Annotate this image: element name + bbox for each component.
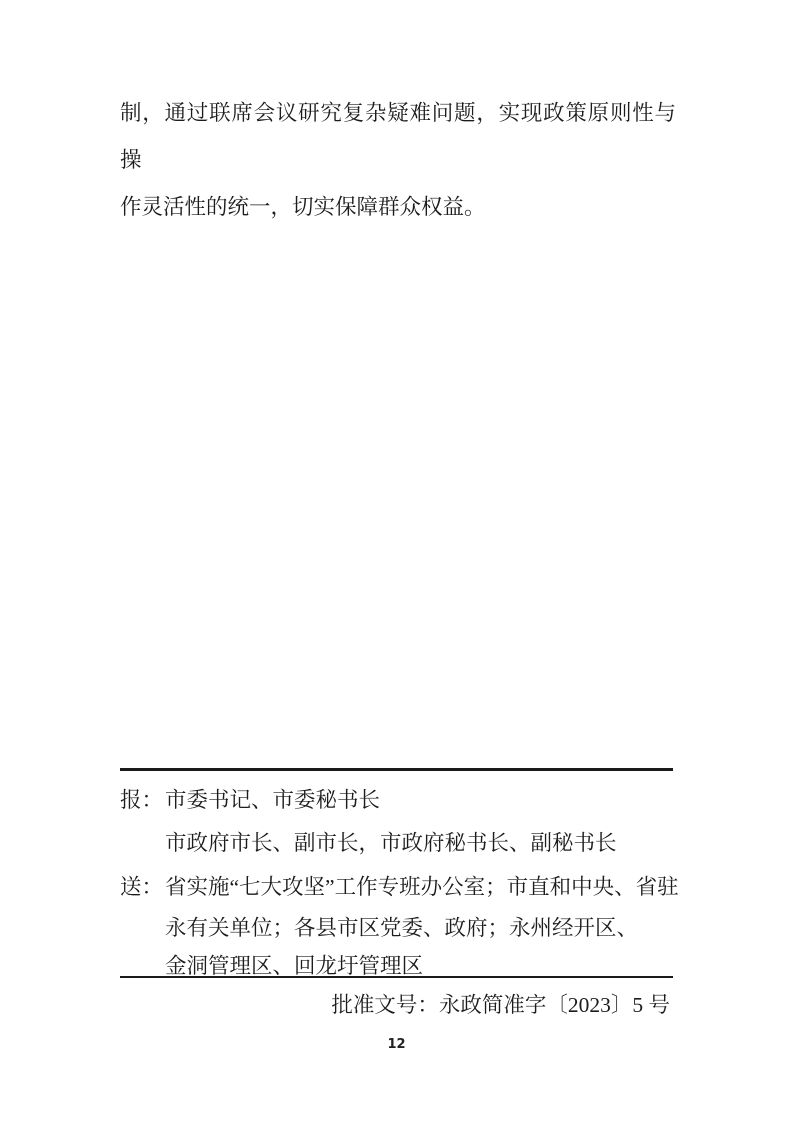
send-line-1: 省实施“七大攻坚”工作专班办公室；市直和中央、省驻 [165, 873, 679, 901]
body-paragraph: 制，通过联席会议研究复杂疑难问题，实现政策原则性与操 作灵活性的统一，切实保障群… [120, 90, 676, 231]
document-page: 制，通过联席会议研究复杂疑难问题，实现政策原则性与操 作灵活性的统一，切实保障群… [0, 0, 793, 1122]
approval-value: 永政简准字〔2023〕5 号 [439, 993, 670, 1017]
footer-separator-top [120, 768, 673, 771]
report-row-2: 市政府市长、副市长，市政府秘书长、副秘书长 [120, 829, 617, 857]
send-row-2: 永有关单位；各县市区党委、政府；永州经开区、 [120, 914, 638, 942]
report-row-1: 报： 市委书记、市委秘书长 [120, 786, 380, 814]
approval-label: 批准文号： [331, 993, 439, 1017]
report-line-2: 市政府市长、副市长，市政府秘书长、副秘书长 [165, 829, 617, 857]
paragraph-line-1: 制，通过联席会议研究复杂疑难问题，实现政策原则性与操 [120, 90, 676, 184]
footer-separator-bottom [120, 976, 673, 978]
report-label: 报： [120, 786, 163, 814]
report-line-1: 市委书记、市委秘书长 [165, 786, 380, 814]
send-row-1: 送： 省实施“七大攻坚”工作专班办公室；市直和中央、省驻 [120, 873, 679, 901]
paragraph-line-2: 作灵活性的统一，切实保障群众权益。 [120, 184, 676, 231]
approval-line: 批准文号：永政简准字〔2023〕5 号 [331, 990, 670, 1020]
send-line-2: 永有关单位；各县市区党委、政府；永州经开区、 [165, 914, 638, 942]
page-number: 12 [0, 1037, 793, 1052]
send-label: 送： [120, 873, 163, 901]
distribution-block: 报： 市委书记、市委秘书长 市政府市长、副市长，市政府秘书长、副秘书长 送： 省… [120, 768, 676, 980]
